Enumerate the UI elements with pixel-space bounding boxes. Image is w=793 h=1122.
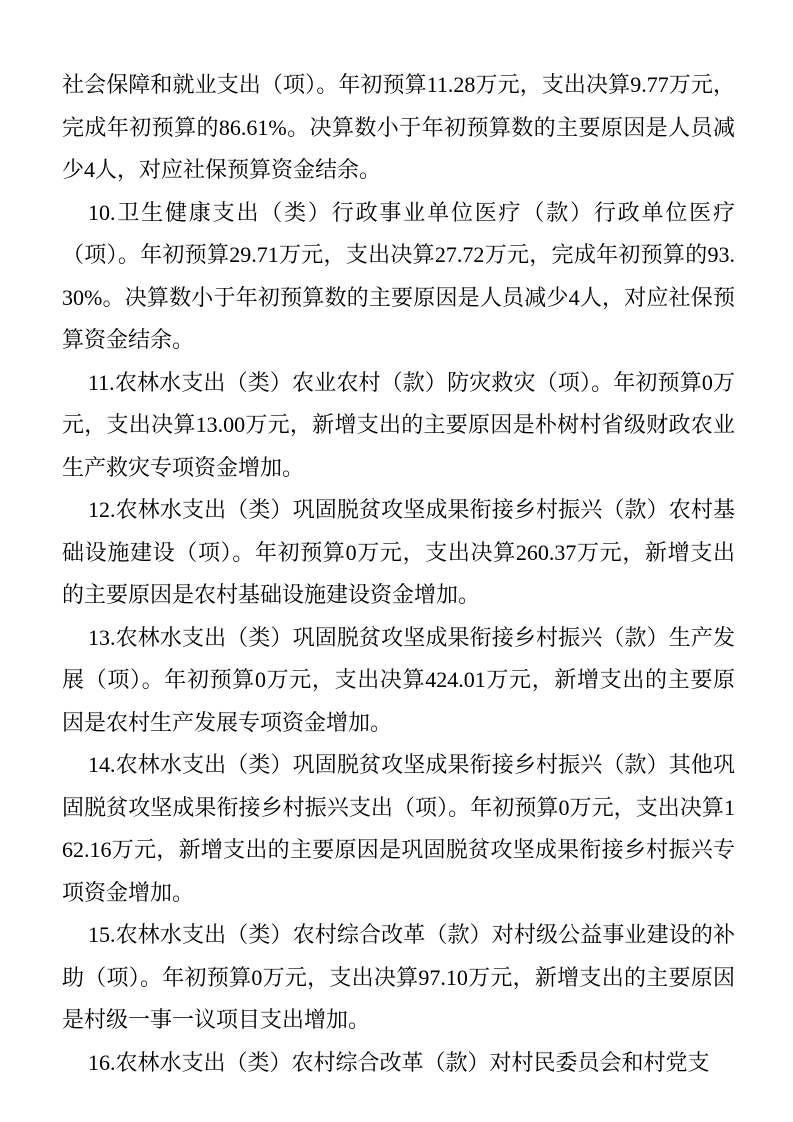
paragraph-item-13-production-development: 13.农林水支出（类）巩固脱贫攻坚成果衔接乡村振兴（款）生产发展（项）。年初预算… <box>62 617 735 745</box>
paragraph-social-security-continuation: 社会保障和就业支出（项）。年初预算11.28万元，支出决算9.77万元，完成年初… <box>62 64 735 192</box>
paragraph-item-14-other-rural-revitalization: 14.农林水支出（类）巩固脱贫攻坚成果衔接乡村振兴（款）其他巩固脱贫攻坚成果衔接… <box>62 744 735 914</box>
paragraph-item-12-rural-infrastructure: 12.农林水支出（类）巩固脱贫攻坚成果衔接乡村振兴（款）农村基础设施建设（项）。… <box>62 489 735 617</box>
document-page: 社会保障和就业支出（项）。年初预算11.28万元，支出决算9.77万元，完成年初… <box>0 0 793 1122</box>
paragraph-item-16-village-committee: 16.农林水支出（类）农村综合改革（款）对村民委员会和村党支 <box>62 1042 735 1085</box>
paragraph-item-10-health-expenditure: 10.卫生健康支出（类）行政事业单位医疗（款）行政单位医疗（项）。年初预算29.… <box>62 192 735 362</box>
paragraph-item-15-village-public-welfare: 15.农林水支出（类）农村综合改革（款）对村级公益事业建设的补助（项）。年初预算… <box>62 914 735 1042</box>
paragraph-item-11-disaster-relief: 11.农林水支出（类）农业农村（款）防灾救灾（项）。年初预算0万元，支出决算13… <box>62 362 735 490</box>
